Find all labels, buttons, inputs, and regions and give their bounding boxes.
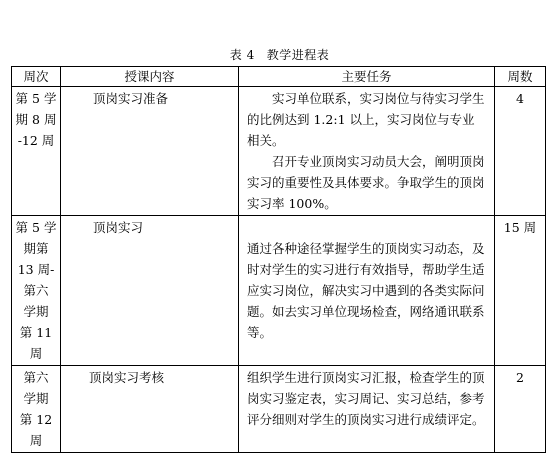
header-week: 周次	[12, 67, 61, 87]
table-number: 表 4	[230, 48, 255, 62]
week-cell: 第 5 学 期 8 周 -12 周	[12, 87, 61, 216]
table-row: 第 5 学 期第 13 周- 第六 学期 第 11 周 顶岗实习 通过各种途径掌…	[12, 216, 546, 366]
header-content: 授课内容	[61, 67, 239, 87]
tasks-cell: 实习单位联系，实习岗位与待实习学生的比例达到 1.2:1 以上，实习岗位与专业相…	[239, 87, 495, 216]
table-caption: 表 4教学进程表	[0, 46, 559, 63]
tasks-cell: 通过各种途径掌握学生的顶岗实习动态，及时对学生的实习进行有效指导，帮助学生适应实…	[239, 216, 495, 366]
tasks-cell: 组织学生进行顶岗实习汇报，检查学生的顶岗实习鉴定表，实习周记、实习总结，参考评分…	[239, 366, 495, 453]
week-cell: 第 5 学 期第 13 周- 第六 学期 第 11 周	[12, 216, 61, 366]
weeks-cell: 2	[495, 366, 546, 453]
table-header-row: 周次 授课内容 主要任务 周数	[12, 67, 546, 87]
weeks-cell: 15 周	[495, 216, 546, 366]
table-row: 第 5 学 期 8 周 -12 周 顶岗实习准备 实习单位联系，实习岗位与待实习…	[12, 87, 546, 216]
content-cell: 顶岗实习考核	[61, 366, 239, 453]
content-cell: 顶岗实习	[61, 216, 239, 366]
table-row: 第六 学期 第 12 周 顶岗实习考核 组织学生进行顶岗实习汇报，检查学生的顶岗…	[12, 366, 546, 453]
weeks-cell: 4	[495, 87, 546, 216]
content-cell: 顶岗实习准备	[61, 87, 239, 216]
table-title: 教学进程表	[267, 48, 330, 62]
header-tasks: 主要任务	[239, 67, 495, 87]
header-weeks: 周数	[495, 67, 546, 87]
teaching-schedule-table: 周次 授课内容 主要任务 周数 第 5 学 期 8 周 -12 周 顶岗实习准备…	[11, 66, 546, 453]
week-cell: 第六 学期 第 12 周	[12, 366, 61, 453]
